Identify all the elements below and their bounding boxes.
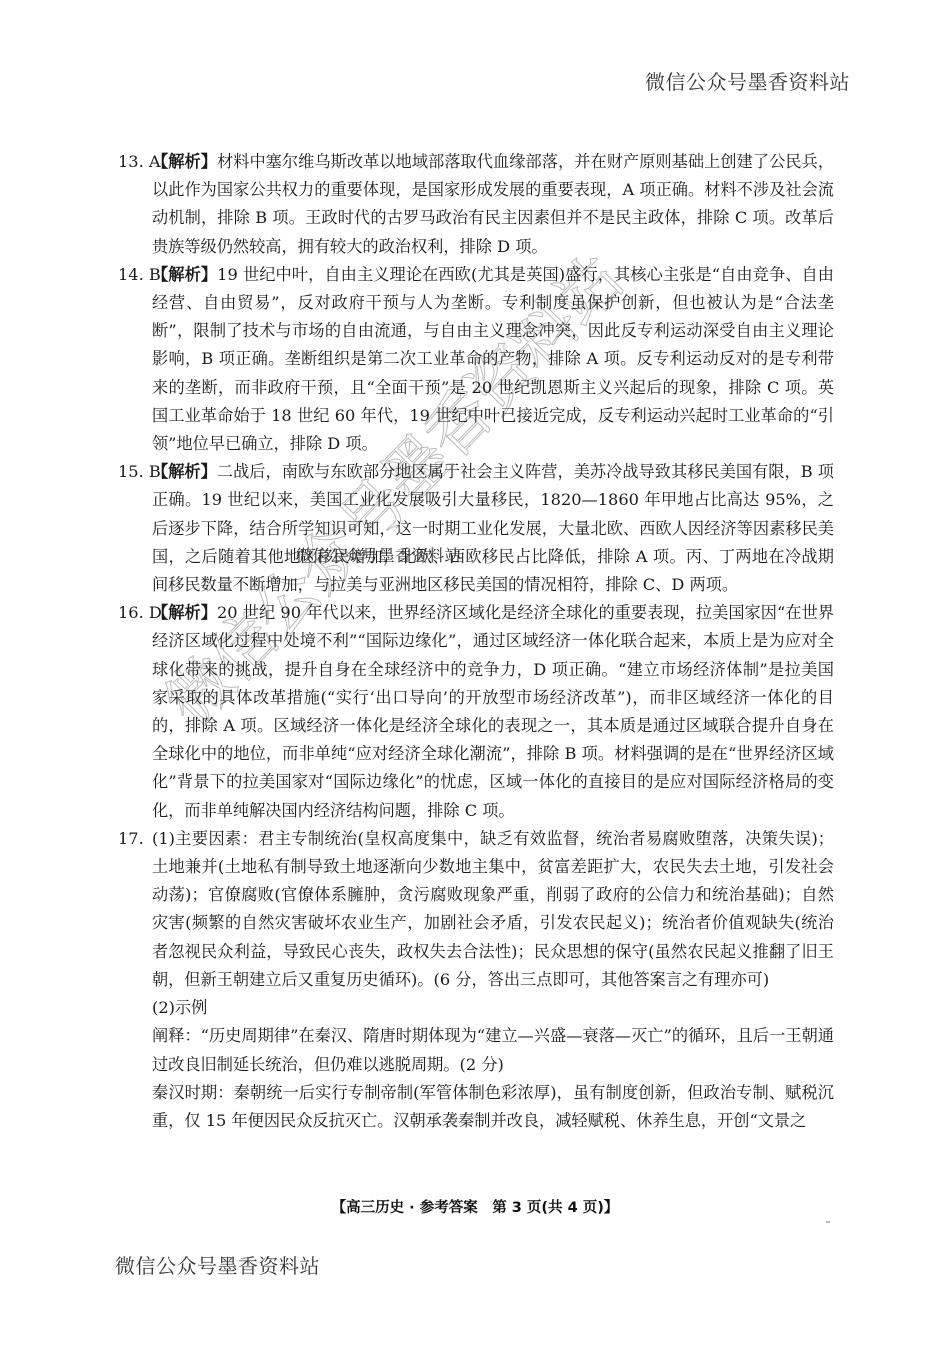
answer-text: 20 世纪 90 年代以来，世界经济区域化是经济全球化的重要表现，拉美国家因“在…: [152, 603, 834, 819]
answer-17-part2-explain: 阐释：“历史周期律”在秦汉、隋唐时期体现为“建立—兴盛—衰落—灭亡”的循环，且后…: [118, 1022, 834, 1078]
watermark-bottom-left: 微信公众号墨香资料站: [115, 1250, 320, 1279]
answer-text: 二战后，南欧与东欧部分地区属于社会主义阵营，美苏冷战导致其移民美国有限，B 项正…: [152, 462, 834, 594]
answer-number: 14. B: [118, 261, 161, 289]
answer-17-part2-qinhan: 秦汉时期：秦朝统一后实行专制帝制(军管体制色彩浓厚)，虽有制度创新，但政治专制、…: [118, 1079, 834, 1135]
analysis-tag: 【解析】: [152, 265, 217, 284]
analysis-tag: 【解析】: [152, 462, 217, 481]
answer-content: 13. A 【解析】材料中塞尔维乌斯改革以地域部落取代血缘部落，并在财产原则基础…: [118, 148, 834, 1135]
answer-text: 材料中塞尔维乌斯改革以地域部落取代血缘部落，并在财产原则基础上创建了公民兵，以此…: [152, 152, 834, 256]
answer-number: 15. B: [118, 458, 161, 486]
answer-text: 19 世纪中叶，自由主义理论在西欧(尤其是英国)盛行，其核心主张是“自由竞争、自…: [152, 265, 834, 453]
answer-17-part1: (1)主要因素：君主专制统治(皇权高度集中，缺乏有效监督，统治者易腐败堕落，决策…: [118, 825, 834, 994]
answer-number: 16. D: [118, 599, 162, 627]
analysis-tag: 【解析】: [152, 152, 217, 171]
answer-13: 13. A 【解析】材料中塞尔维乌斯改革以地域部落取代血缘部落，并在财产原则基础…: [118, 148, 834, 261]
answer-17-part2-heading: (2)示例: [118, 994, 834, 1022]
answer-17: 17. (1)主要因素：君主专制统治(皇权高度集中，缺乏有效监督，统治者易腐败堕…: [118, 825, 834, 994]
answer-number: 17.: [118, 825, 144, 853]
scan-speck: [826, 1221, 830, 1223]
watermark-top-right: 微信公众号墨香资料站: [645, 66, 850, 95]
answer-number: 13. A: [118, 148, 161, 176]
page-footer: 【高三历史 · 参考答案 第 3 页(共 4 页)】: [0, 1196, 950, 1217]
answer-15: 15. B 【解析】二战后，南欧与东欧部分地区属于社会主义阵营，美苏冷战导致其移…: [118, 458, 834, 599]
answer-14: 14. B 【解析】19 世纪中叶，自由主义理论在西欧(尤其是英国)盛行，其核心…: [118, 261, 834, 458]
watermark-inline: 微信公众号墨香资料站: [296, 543, 461, 566]
answer-16: 16. D 【解析】20 世纪 90 年代以来，世界经济区域化是经济全球化的重要…: [118, 599, 834, 825]
